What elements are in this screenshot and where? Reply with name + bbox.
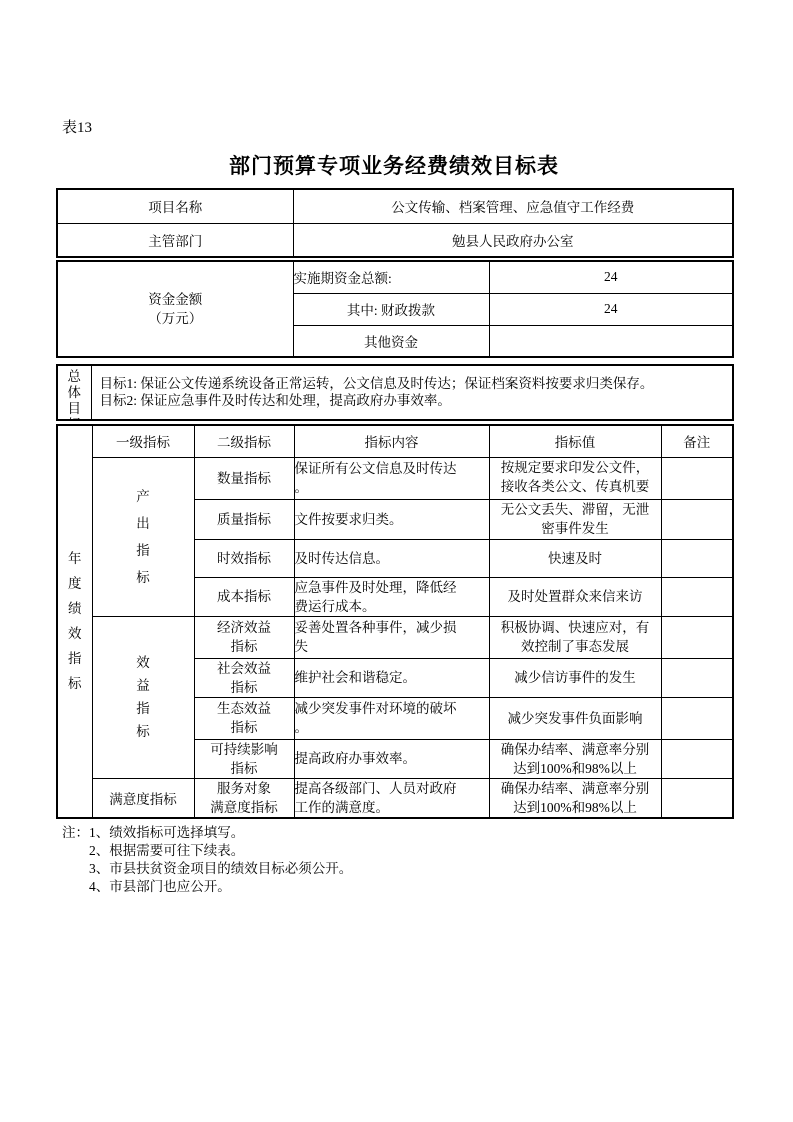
secondary-indicator: 经济效益 指标 [194, 616, 294, 658]
footnote-item: 4、市县部门也应公开。 [89, 878, 352, 896]
document-page: 表13 部门预算专项业务经费绩效目标表 项目名称 公文传输、档案管理、应急值守工… [0, 0, 793, 1122]
fund-other-value [489, 325, 733, 357]
indicator-value: 无公文丢失、滞留，无泄 密事件发生 [489, 499, 661, 539]
project-name-row: 项目名称 公文传输、档案管理、应急值守工作经费 [57, 189, 733, 223]
project-name-value: 公文传输、档案管理、应急值守工作经费 [293, 189, 733, 223]
page-title: 部门预算专项业务经费绩效目标表 [56, 150, 732, 180]
header-primary-indicator: 一级指标 [92, 425, 194, 457]
footnote-list: 1、绩效指标可选择填写。 2、根据需要可往下续表。 3、市县扶贫资金项目的绩效目… [89, 824, 352, 896]
department-label: 主管部门 [57, 223, 293, 257]
footnote-item: 1、绩效指标可选择填写。 [89, 824, 352, 842]
footnote-item: 3、市县扶贫资金项目的绩效目标必须公开。 [89, 860, 352, 878]
fund-total-value: 24 [489, 261, 733, 293]
indicator-value: 确保办结率、满意率分别 达到100%和98%以上 [489, 778, 661, 818]
indicator-value: 快速及时 [489, 539, 661, 577]
overall-goal-label-cell: 总体目标 [57, 365, 91, 420]
remark-cell [661, 499, 733, 539]
group-output-label: 产出指标 [135, 483, 151, 591]
secondary-indicator: 服务对象 满意度指标 [194, 778, 294, 818]
secondary-indicator: 成本指标 [194, 577, 294, 616]
indicator-content: 维护社会和谐稳定。 [294, 658, 489, 697]
group-benefit-label: 效益指标 [135, 651, 151, 743]
header-remark: 备注 [661, 425, 733, 457]
department-row: 主管部门 勉县人民政府办公室 [57, 223, 733, 257]
table-number: 表13 [62, 116, 92, 137]
indicator-content: 文件按要求归类。 [294, 499, 489, 539]
table-row: 满意度指标 服务对象 满意度指标 提高各级部门、人员对政府 工作的满意度。 确保… [57, 778, 733, 818]
remark-cell [661, 577, 733, 616]
indicator-value: 确保办结率、满意率分别 达到100%和98%以上 [489, 739, 661, 778]
info-table: 项目名称 公文传输、档案管理、应急值守工作经费 主管部门 勉县人民政府办公室 [56, 188, 734, 258]
department-value: 勉县人民政府办公室 [293, 223, 733, 257]
indicator-value: 及时处置群众来信来访 [489, 577, 661, 616]
header-indicator-content: 指标内容 [294, 425, 489, 457]
remark-cell [661, 616, 733, 658]
annual-side-label: 年度绩效指标 [67, 546, 83, 696]
remark-cell [661, 697, 733, 739]
footnotes: 注： 1、绩效指标可选择填写。 2、根据需要可往下续表。 3、市县扶贫资金项目的… [62, 824, 352, 896]
table-row: 效益指标 经济效益 指标 妥善处置各种事件，减少损 失 积极协调、快速应对，有 … [57, 616, 733, 658]
remark-cell [661, 539, 733, 577]
indicator-content: 提高各级部门、人员对政府 工作的满意度。 [294, 778, 489, 818]
indicator-content: 提高政府办事效率。 [294, 739, 489, 778]
fund-amount-label: 资金金额 （万元） [57, 261, 293, 357]
fund-total-label: 实施期资金总额: [293, 261, 489, 293]
indicator-content: 妥善处置各种事件，减少损 失 [294, 616, 489, 658]
group-satisfaction-label: 满意度指标 [92, 778, 194, 818]
footnote-item: 2、根据需要可往下续表。 [89, 842, 352, 860]
table-row: 产出指标 数量指标 保证所有公文信息及时传达 。 按规定要求印发公文件， 接收各… [57, 457, 733, 499]
fund-fiscal-label: 其中: 财政拨款 [293, 293, 489, 325]
secondary-indicator: 社会效益 指标 [194, 658, 294, 697]
footnote-prefix: 注： [62, 824, 89, 896]
header-indicator-value: 指标值 [489, 425, 661, 457]
fund-other-label: 其他资金 [293, 325, 489, 357]
indicator-content: 及时传达信息。 [294, 539, 489, 577]
overall-goal-table: 总体目标 目标1: 保证公文传递系统设备正常运转，公文信息及时传达；保证档案资料… [56, 364, 734, 421]
overall-goal-row: 总体目标 目标1: 保证公文传递系统设备正常运转，公文信息及时传达；保证档案资料… [57, 365, 733, 420]
fund-fiscal-value: 24 [489, 293, 733, 325]
overall-goal-label: 总体目标 [66, 369, 82, 419]
group-benefit-label-cell: 效益指标 [92, 616, 194, 778]
remark-cell [661, 457, 733, 499]
indicator-content: 应急事件及时处理，降低经 费运行成本。 [294, 577, 489, 616]
indicator-value: 减少突发事件负面影响 [489, 697, 661, 739]
annual-side-label-cell: 年度绩效指标 [57, 425, 92, 818]
secondary-indicator: 数量指标 [194, 457, 294, 499]
secondary-indicator: 时效指标 [194, 539, 294, 577]
indicator-content: 保证所有公文信息及时传达 。 [294, 457, 489, 499]
indicator-header-row: 年度绩效指标 一级指标 二级指标 指标内容 指标值 备注 [57, 425, 733, 457]
indicator-value: 积极协调、快速应对，有 效控制了事态发展 [489, 616, 661, 658]
overall-goal-1: 目标1: 保证公文传递系统设备正常运转，公文信息及时传达；保证档案资料按要求归类… [92, 376, 733, 393]
secondary-indicator: 生态效益 指标 [194, 697, 294, 739]
indicator-value: 按规定要求印发公文件， 接收各类公文、传真机要 件。 [489, 457, 661, 499]
remark-cell [661, 778, 733, 818]
project-name-label: 项目名称 [57, 189, 293, 223]
overall-goal-2: 目标2: 保证应急事件及时传达和处理，提高政府办事效率。 [92, 393, 733, 410]
indicator-value: 减少信访事件的发生 [489, 658, 661, 697]
indicator-content: 减少突发事件对环境的破坏 。 [294, 697, 489, 739]
remark-cell [661, 739, 733, 778]
overall-goal-content-cell: 目标1: 保证公文传递系统设备正常运转，公文信息及时传达；保证档案资料按要求归类… [91, 365, 733, 420]
remark-cell [661, 658, 733, 697]
fund-table: 资金金额 （万元） 实施期资金总额: 24 其中: 财政拨款 24 其他资金 [56, 260, 734, 358]
secondary-indicator: 可持续影响 指标 [194, 739, 294, 778]
secondary-indicator: 质量指标 [194, 499, 294, 539]
fund-total-row: 资金金额 （万元） 实施期资金总额: 24 [57, 261, 733, 293]
header-secondary-indicator: 二级指标 [194, 425, 294, 457]
indicator-table: 年度绩效指标 一级指标 二级指标 指标内容 指标值 备注 产出指标 数量指标 保… [56, 424, 734, 819]
group-output-label-cell: 产出指标 [92, 457, 194, 616]
